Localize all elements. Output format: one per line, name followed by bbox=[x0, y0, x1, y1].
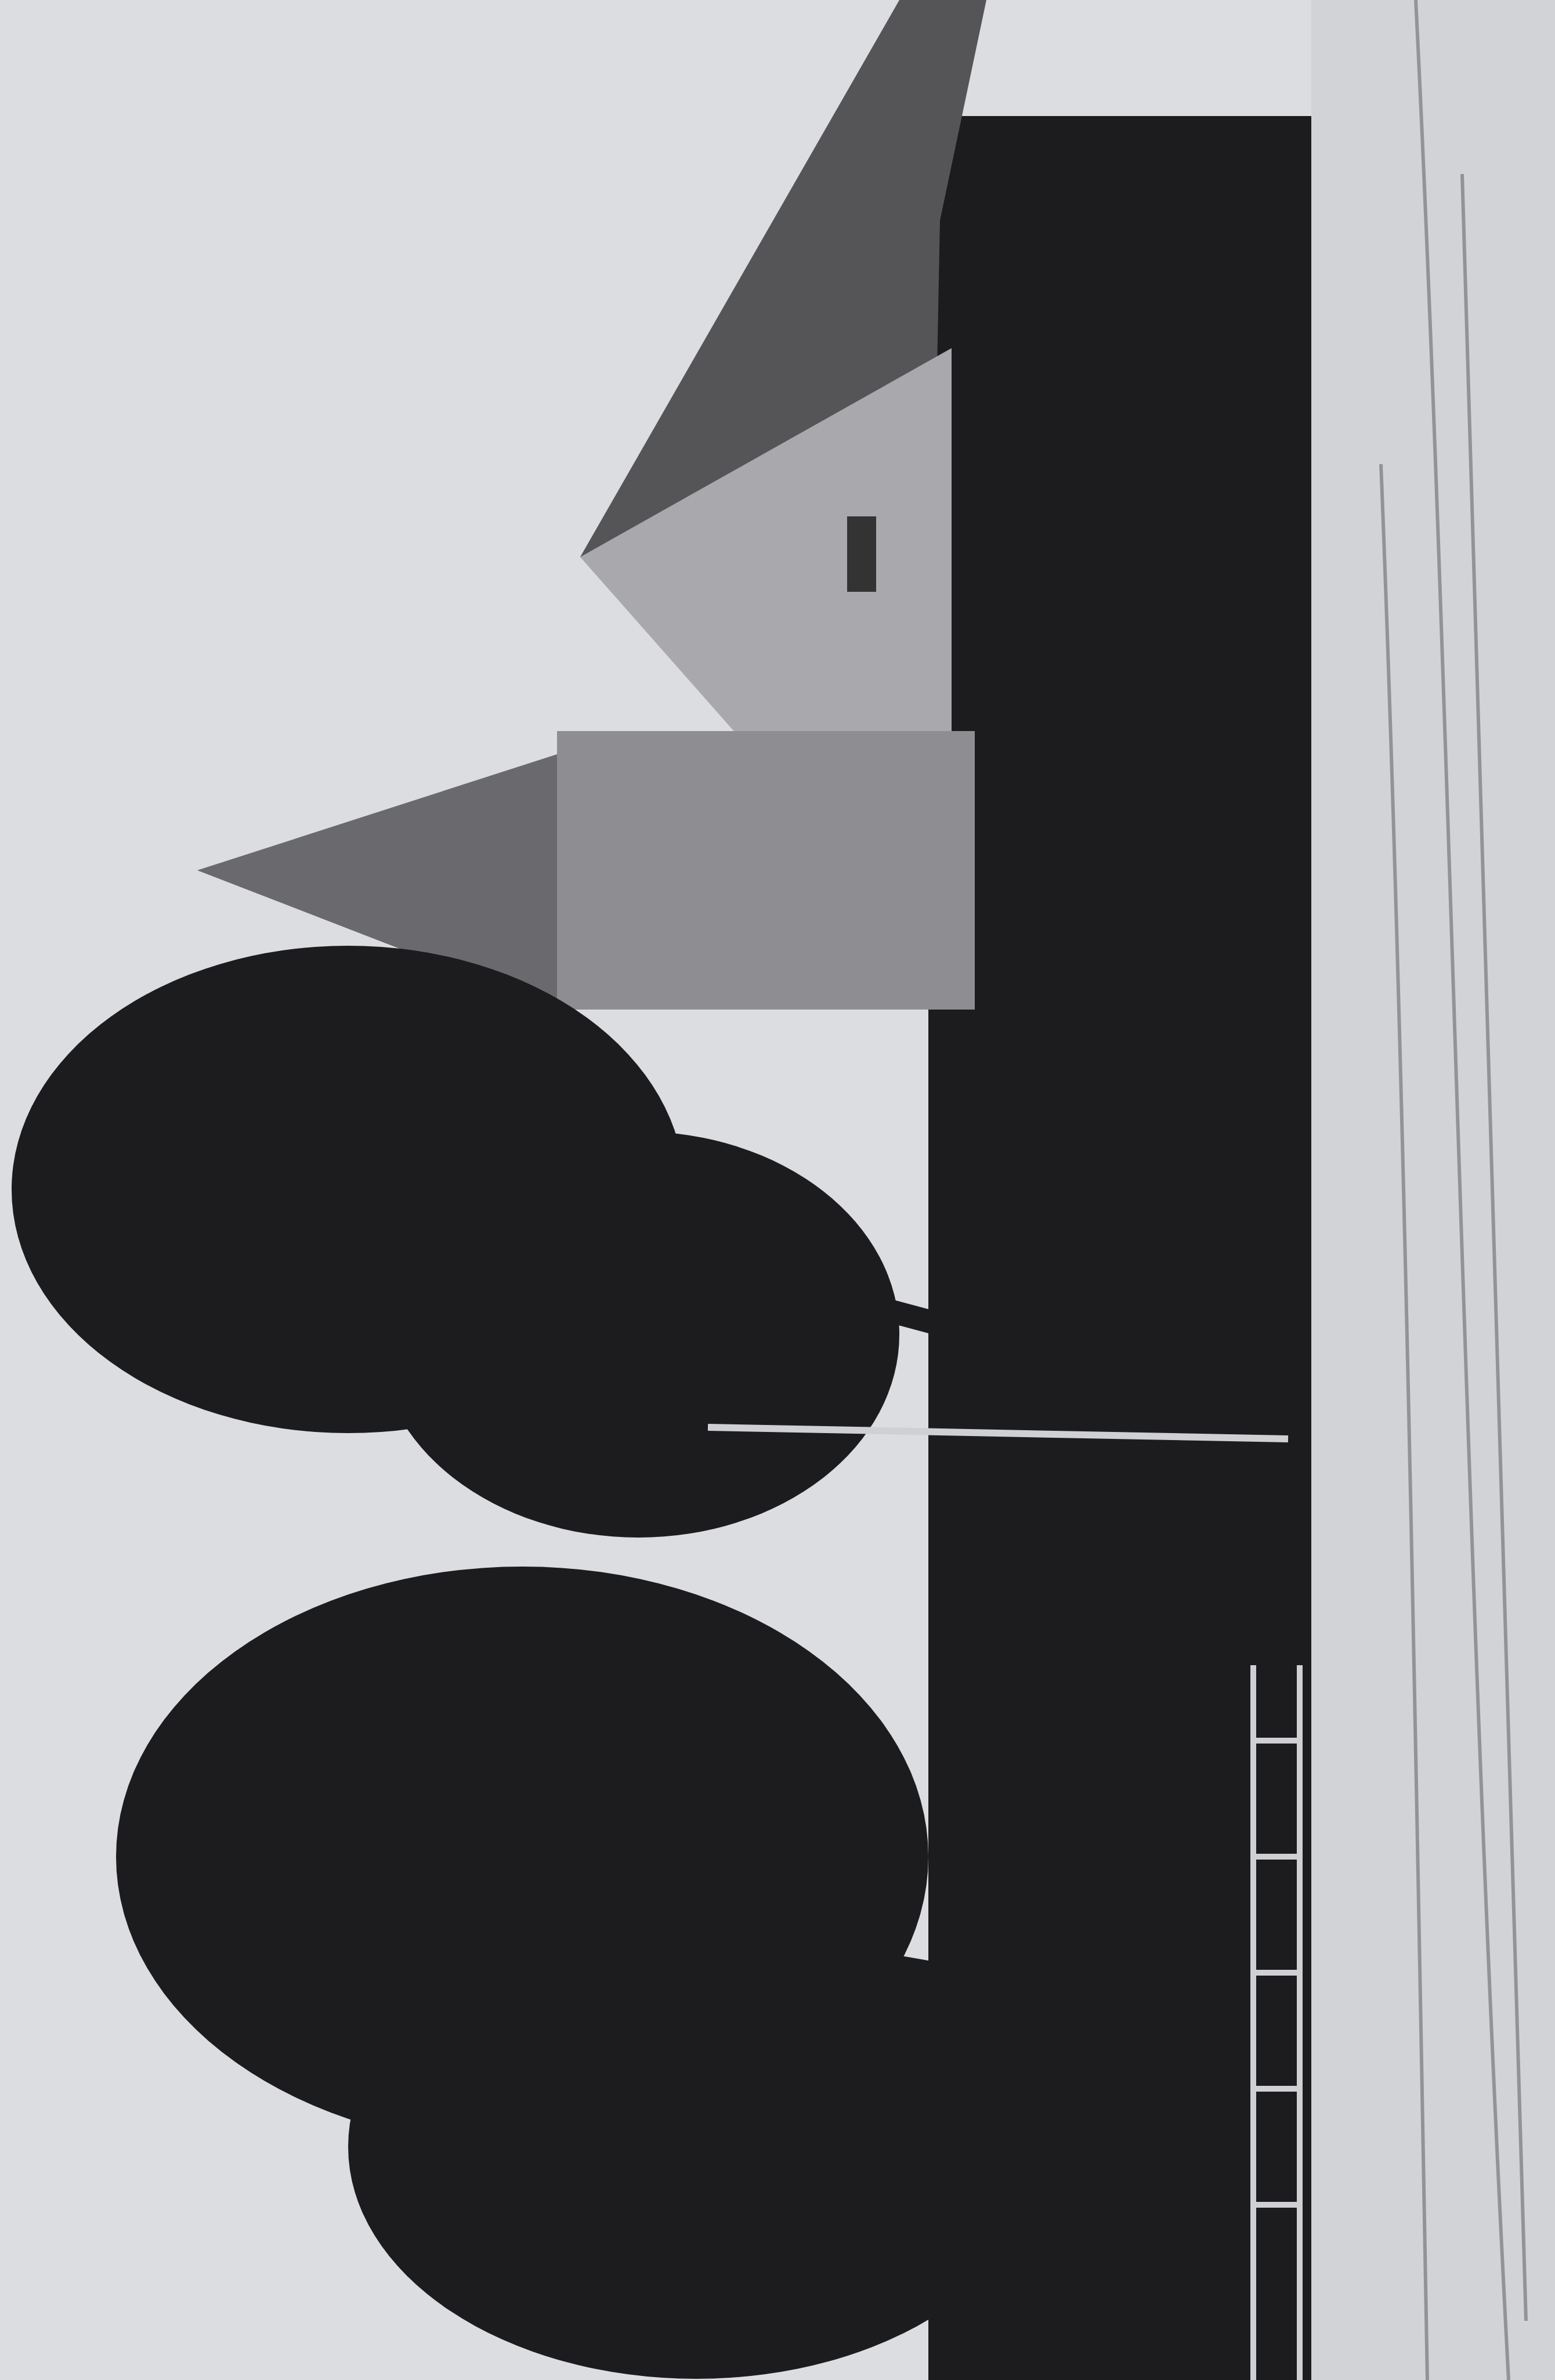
window bbox=[847, 516, 876, 592]
tower bbox=[557, 731, 975, 1010]
house-photograph bbox=[0, 0, 1555, 2380]
